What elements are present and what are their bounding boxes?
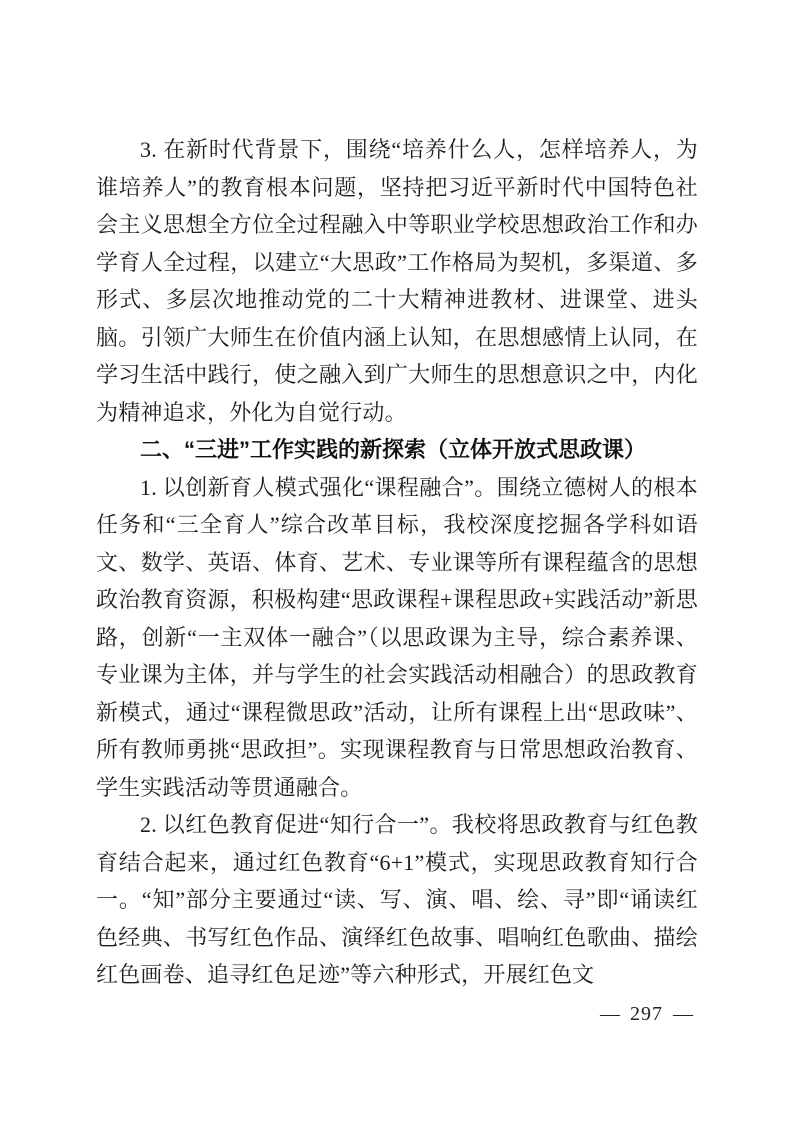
- section-heading: 二、“三进”工作实践的新探索（立体开放式思政课）: [96, 431, 698, 469]
- page-footer: — 297 —: [600, 1001, 693, 1027]
- footer-dash-left: —: [600, 1001, 620, 1027]
- footer-dash-right: —: [673, 1001, 693, 1027]
- paragraph-item-2: 2. 以红色教育促进“知行合一”。我校将思政教育与红色教育结合起来，通过红色教育…: [96, 806, 698, 994]
- paragraph-item-1: 1. 以创新育人模式强化“课程融合”。围绕立德树人的根本任务和“三全育人”综合改…: [96, 469, 698, 807]
- paragraph-item-3: 3. 在新时代背景下，围绕“培养什么人，怎样培养人，为谁培养人”的教育根本问题，…: [96, 131, 698, 431]
- page-number: 297: [630, 1001, 663, 1027]
- document-body: 3. 在新时代背景下，围绕“培养什么人，怎样培养人，为谁培养人”的教育根本问题，…: [96, 131, 698, 994]
- document-page: 3. 在新时代背景下，围绕“培养什么人，怎样培养人，为谁培养人”的教育根本问题，…: [0, 0, 794, 1123]
